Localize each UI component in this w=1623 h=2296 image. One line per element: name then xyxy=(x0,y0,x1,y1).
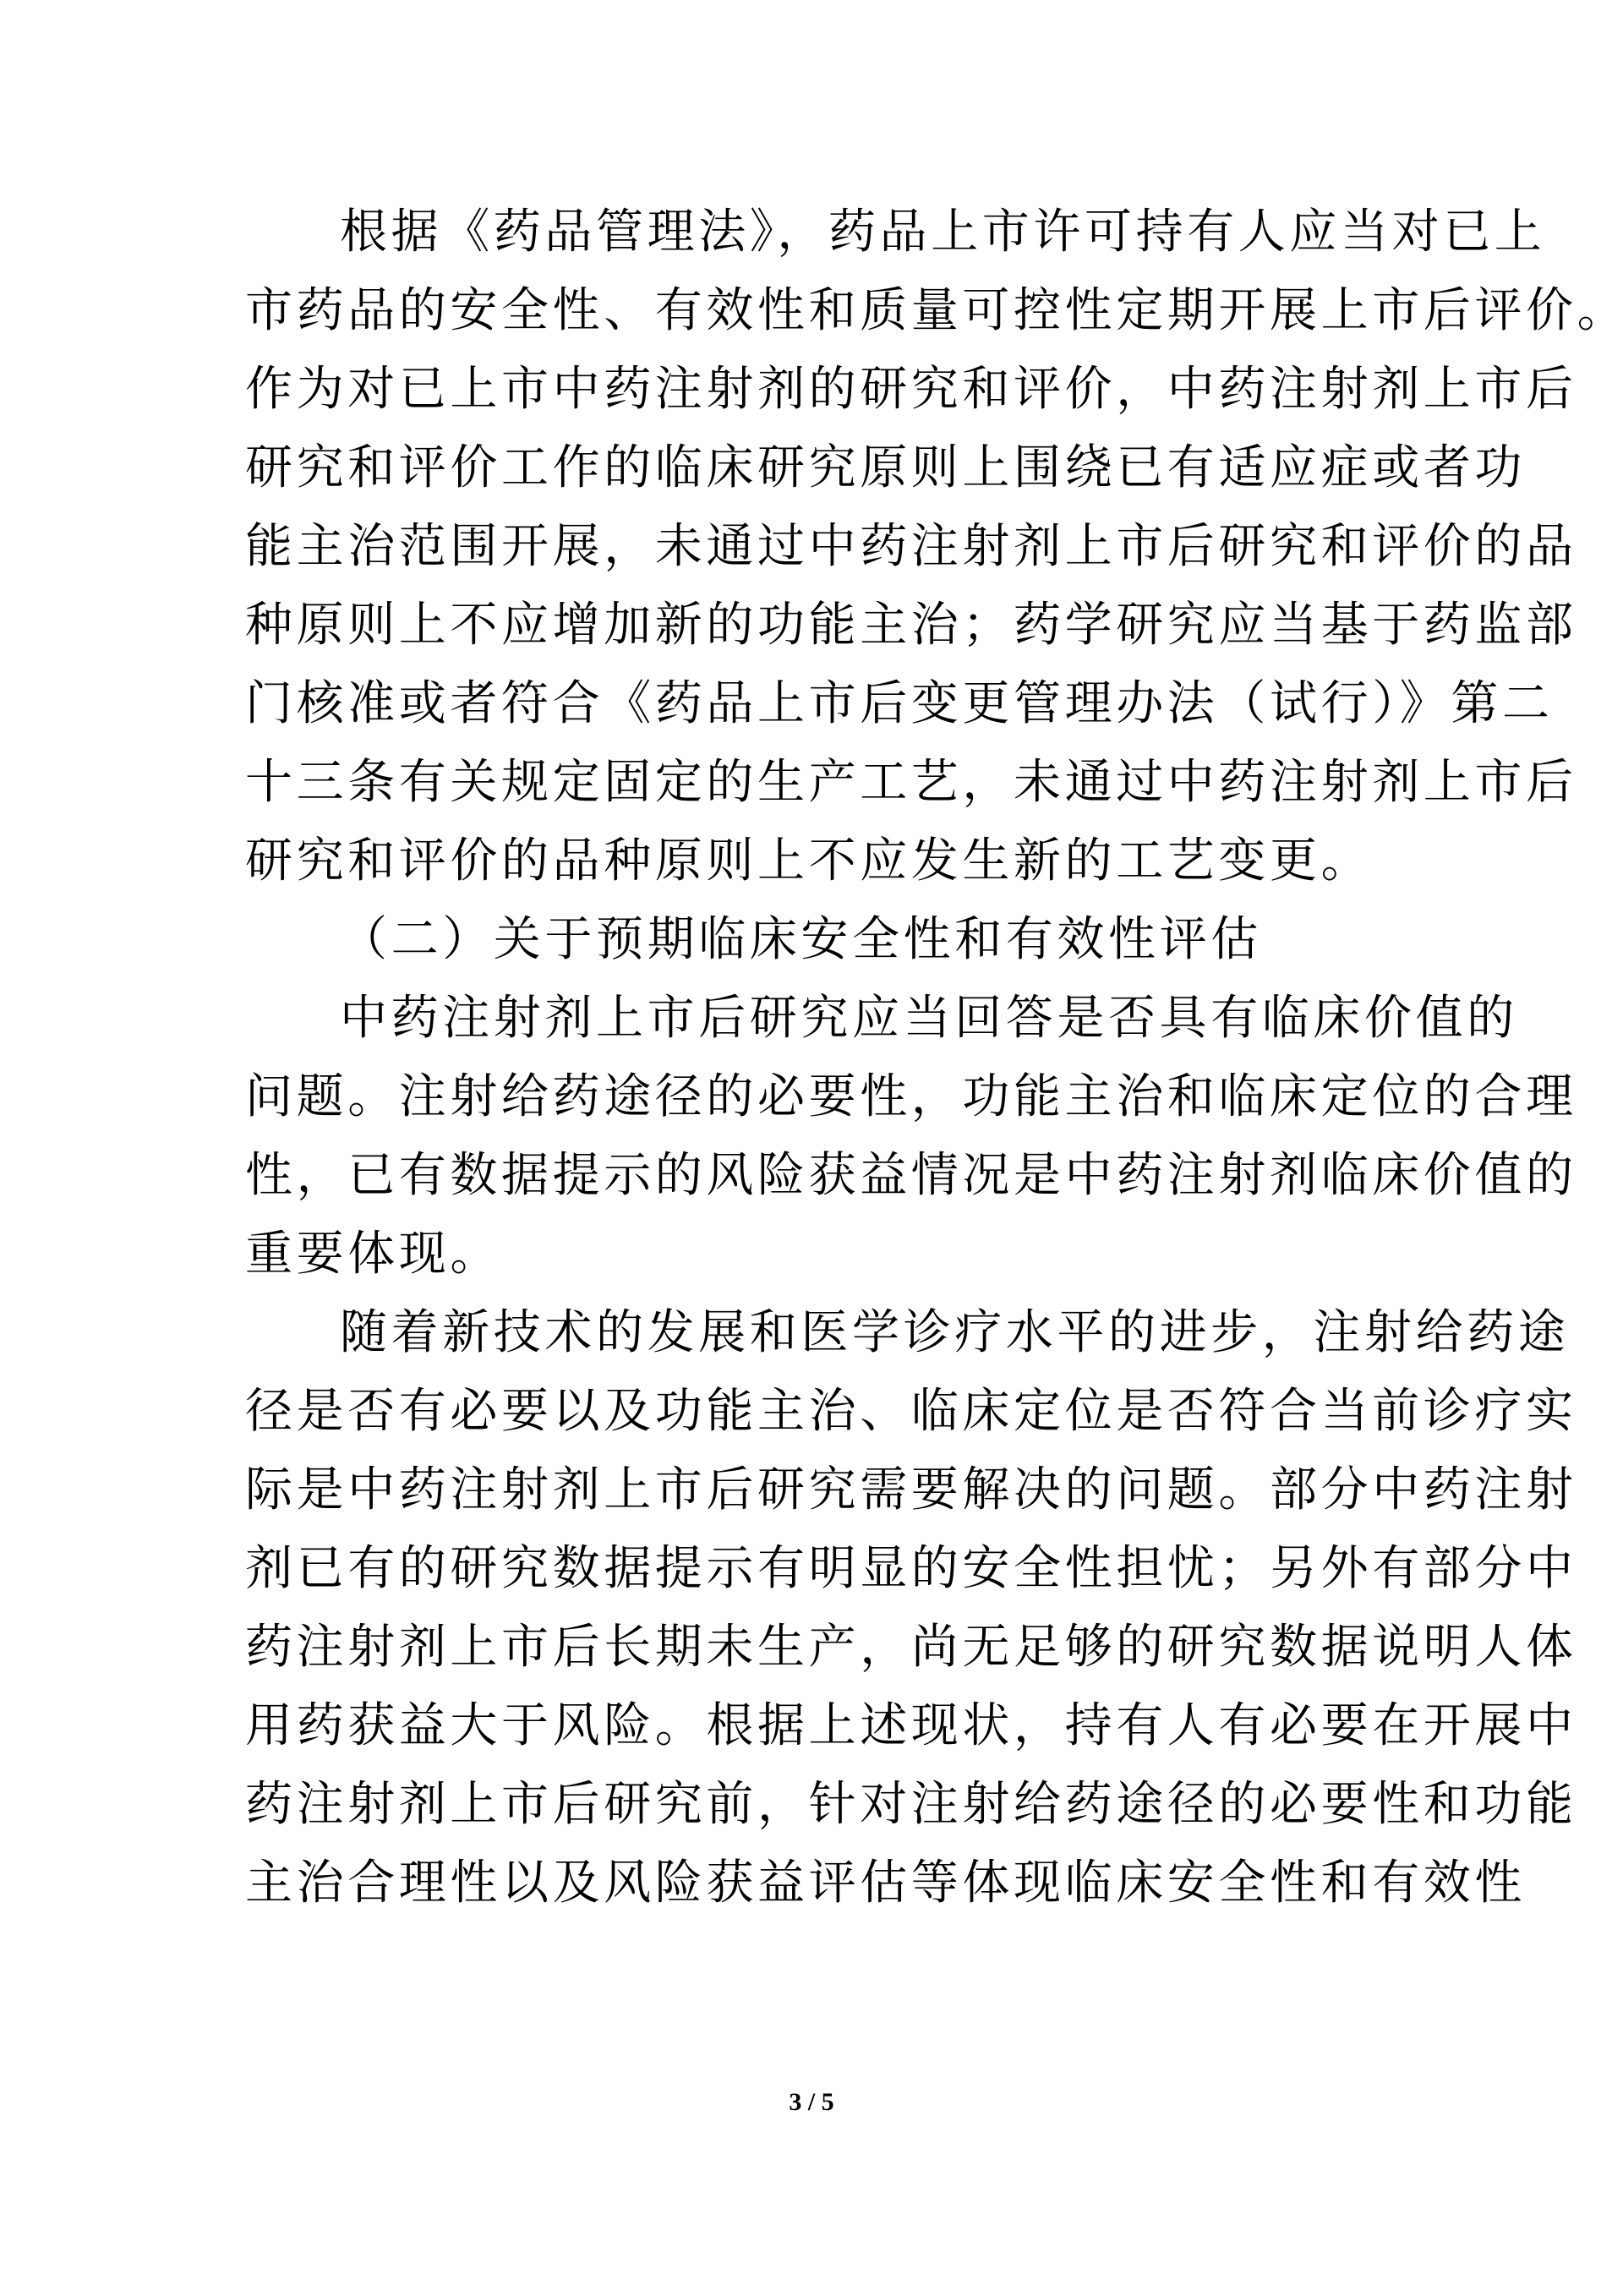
paragraph-line: 研究和评价的品种原则上不应发生新的工艺变更。 xyxy=(245,822,1395,900)
paragraph-line: 能主治范围开展，未通过中药注射剂上市后研究和评价的品 xyxy=(245,507,1395,586)
paragraph-line: 用药获益大于风险。根据上述现状，持有人有必要在开展中 xyxy=(245,1686,1395,1765)
paragraph-line: 性，已有数据提示的风险获益情况是中药注射剂临床价值的 xyxy=(245,1136,1395,1215)
paragraph-line: 根据《药品管理法》，药品上市许可持有人应当对已上 xyxy=(245,193,1395,271)
section-heading: （二）关于预期临床安全性和有效性评估 xyxy=(245,900,1395,979)
paragraph-line: 重要体现。 xyxy=(245,1215,1395,1293)
paragraph-line: 随着新技术的发展和医学诊疗水平的进步，注射给药途 xyxy=(245,1293,1395,1372)
paragraph-line: 种原则上不应增加新的功能主治；药学研究应当基于药监部 xyxy=(245,586,1395,664)
paragraph-line: 市药品的安全性、有效性和质量可控性定期开展上市后评价。 xyxy=(245,271,1395,350)
paragraph-line: 药注射剂上市后长期未生产，尚无足够的研究数据说明人体 xyxy=(245,1608,1395,1686)
paragraph-line: 中药注射剂上市后研究应当回答是否具有临床价值的 xyxy=(245,979,1395,1058)
paragraph-line: 作为对已上市中药注射剂的研究和评价，中药注射剂上市后 xyxy=(245,350,1395,429)
paragraph-line: 剂已有的研究数据提示有明显的安全性担忧；另外有部分中 xyxy=(245,1529,1395,1608)
paragraph-line: 十三条有关规定固定的生产工艺，未通过中药注射剂上市后 xyxy=(245,743,1395,822)
paragraph-line: 径是否有必要以及功能主治、临床定位是否符合当前诊疗实 xyxy=(245,1372,1395,1451)
paragraph-line: 际是中药注射剂上市后研究需要解决的问题。部分中药注射 xyxy=(245,1451,1395,1529)
paragraph-line: 门核准或者符合《药品上市后变更管理办法（试行）》第二 xyxy=(245,664,1395,743)
paragraph-line: 主治合理性以及风险获益评估等体现临床安全性和有效性 xyxy=(245,1844,1395,1922)
document-page: 根据《药品管理法》，药品上市许可持有人应当对已上 市药品的安全性、有效性和质量可… xyxy=(0,0,1623,2296)
page-number: 3 / 5 xyxy=(0,2088,1623,2117)
paragraph-line: 药注射剂上市后研究前，针对注射给药途径的必要性和功能 xyxy=(245,1765,1395,1844)
document-body: 根据《药品管理法》，药品上市许可持有人应当对已上 市药品的安全性、有效性和质量可… xyxy=(245,193,1395,1922)
paragraph-line: 问题。注射给药途径的必要性，功能主治和临床定位的合理 xyxy=(245,1058,1395,1136)
paragraph-line: 研究和评价工作的临床研究原则上围绕已有适应症或者功 xyxy=(245,429,1395,507)
